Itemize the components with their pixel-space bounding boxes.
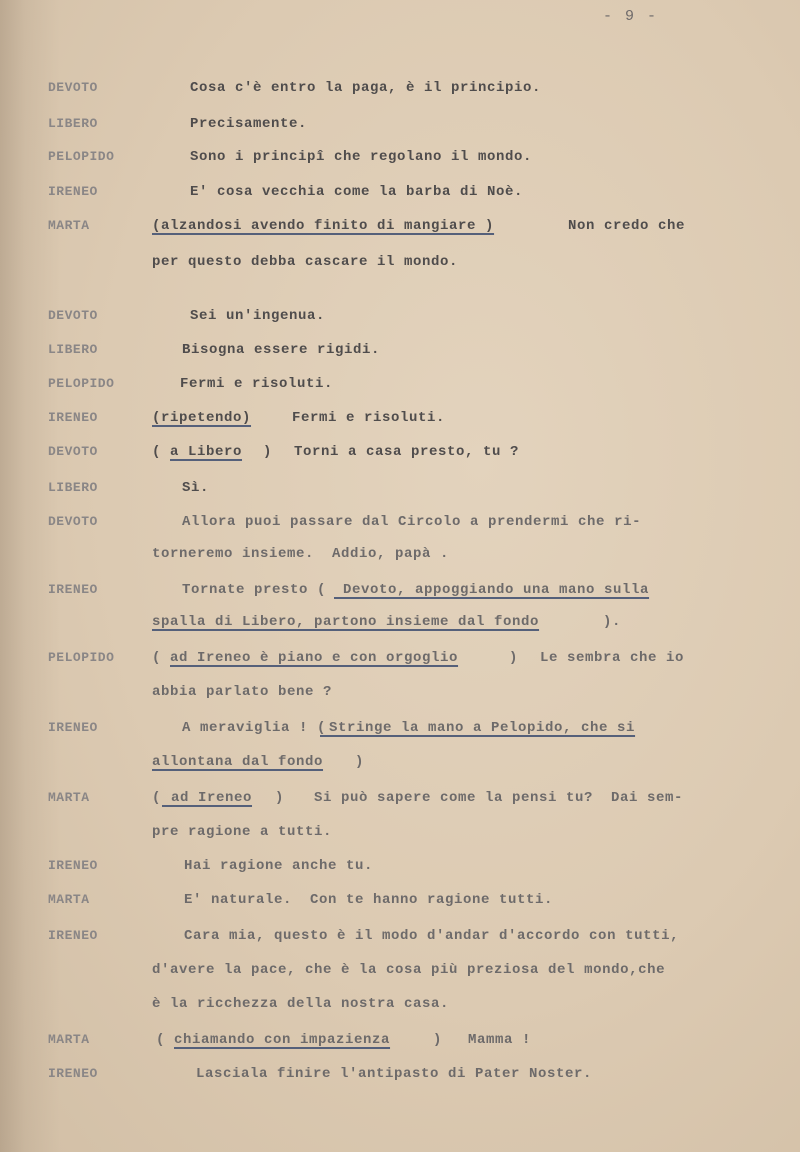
dialogue-line-continuation: d'avere la pace, che è la cosa più prezi… <box>0 962 800 984</box>
dialogue-text: A meraviglia ! ( <box>182 720 326 736</box>
speaker-name: PELOPIDO <box>48 650 114 665</box>
direction-close: ) <box>500 650 518 666</box>
speaker-name: IRENEO <box>48 582 98 597</box>
speaker-name: LIBERO <box>48 342 98 357</box>
stage-direction: chiamando con impazienza <box>174 1032 390 1048</box>
direction-close: ) <box>424 1032 442 1048</box>
dialogue-line: LIBERO Precisamente. <box>0 116 800 138</box>
speaker-name: IRENEO <box>48 1066 98 1081</box>
stage-direction: spalla di Libero, partono insieme dal fo… <box>152 614 539 630</box>
dialogue-line: MARTA ( chiamando con impazienza ) Mamma… <box>0 1032 800 1054</box>
dialogue-text: Le sembra che io <box>540 650 684 666</box>
dialogue-text: Fermi e risoluti. <box>180 376 333 392</box>
dialogue-line: LIBERO Sì. <box>0 480 800 502</box>
dialogue-text: Fermi e risoluti. <box>292 410 445 426</box>
dialogue-line-continuation: spalla di Libero, partono insieme dal fo… <box>0 614 800 636</box>
dialogue-text: Cosa c'è entro la paga, è il principio. <box>190 80 541 96</box>
dialogue-text: abbia parlato bene ? <box>152 684 332 700</box>
dialogue-text: pre ragione a tutti. <box>152 824 332 840</box>
stage-direction: a Libero <box>170 444 242 460</box>
dialogue-text: Tornate presto ( <box>182 582 326 598</box>
dialogue-line-continuation: è la ricchezza della nostra casa. <box>0 996 800 1018</box>
speaker-name: DEVOTO <box>48 444 98 459</box>
dialogue-text: E' naturale. Con te hanno ragione tutti. <box>184 892 553 908</box>
dialogue-text: Sì. <box>182 480 209 496</box>
speaker-name: DEVOTO <box>48 308 98 323</box>
speaker-name: LIBERO <box>48 480 98 495</box>
dialogue-text: per questo debba cascare il mondo. <box>152 254 458 270</box>
speaker-name: MARTA <box>48 790 90 805</box>
direction-open: ( <box>152 444 170 460</box>
dialogue-text: è la ricchezza della nostra casa. <box>152 996 449 1012</box>
dialogue-text: Mamma ! <box>468 1032 531 1048</box>
dialogue-text: Cara mia, questo è il modo d'andar d'acc… <box>184 928 679 944</box>
dialogue-text: Hai ragione anche tu. <box>184 858 373 874</box>
dialogue-line: MARTA ( ad Ireneo ) Si può sapere come l… <box>0 790 800 812</box>
speaker-name: PELOPIDO <box>48 149 114 164</box>
dialogue-line: IRENEO Cara mia, questo è il modo d'anda… <box>0 928 800 950</box>
typewritten-script-page: - 9 - DEVOTO Cosa c'è entro la paga, è i… <box>0 0 800 1152</box>
direction-open: ( <box>156 1032 174 1048</box>
stage-direction: (ripetendo) <box>152 410 251 426</box>
dialogue-text: Si può sapere come la pensi tu? Dai sem- <box>314 790 683 806</box>
dialogue-line: PELOPIDO Sono i principî che regolano il… <box>0 149 800 171</box>
speaker-name: IRENEO <box>48 928 98 943</box>
direction-open: ( <box>152 650 170 666</box>
dialogue-text: Bisogna essere rigidi. <box>182 342 380 358</box>
speaker-name: IRENEO <box>48 410 98 425</box>
dialogue-line: PELOPIDO ( ad Ireneo è piano e con orgog… <box>0 650 800 672</box>
stage-direction: (alzandosi avendo finito di mangiare ) <box>152 218 494 234</box>
dialogue-text: Non credo che <box>568 218 685 234</box>
dialogue-line-continuation: per questo debba cascare il mondo. <box>0 254 800 276</box>
dialogue-line: IRENEO A meraviglia ! ( Stringe la mano … <box>0 720 800 742</box>
dialogue-text: ). <box>594 614 621 630</box>
stage-direction: ad Ireneo è piano e con orgoglio <box>170 650 458 666</box>
dialogue-line: IRENEO E' cosa vecchia come la barba di … <box>0 184 800 206</box>
dialogue-text: ) <box>346 754 364 770</box>
dialogue-text: E' cosa vecchia come la barba di Noè. <box>190 184 523 200</box>
dialogue-line: IRENEO Tornate presto ( Devoto, appoggia… <box>0 582 800 604</box>
stage-direction: Stringe la mano a Pelopido, che si <box>320 720 635 736</box>
direction-close: ) <box>254 444 272 460</box>
direction-close: ) <box>266 790 284 806</box>
dialogue-text: Torni a casa presto, tu ? <box>294 444 519 460</box>
speaker-name: LIBERO <box>48 116 98 131</box>
dialogue-line: PELOPIDO Fermi e risoluti. <box>0 376 800 398</box>
speaker-name: PELOPIDO <box>48 376 114 391</box>
stage-direction: allontana dal fondo <box>152 754 323 770</box>
dialogue-text: Lasciala finire l'antipasto di Pater Nos… <box>196 1066 592 1082</box>
dialogue-line-continuation: abbia parlato bene ? <box>0 684 800 706</box>
dialogue-line: IRENEO Lasciala finire l'antipasto di Pa… <box>0 1066 800 1088</box>
dialogue-line-continuation: pre ragione a tutti. <box>0 824 800 846</box>
dialogue-line: LIBERO Bisogna essere rigidi. <box>0 342 800 364</box>
speaker-name: MARTA <box>48 1032 90 1047</box>
dialogue-text: Allora puoi passare dal Circolo a prende… <box>182 514 641 530</box>
speaker-name: MARTA <box>48 892 90 907</box>
dialogue-line-continuation: allontana dal fondo ) <box>0 754 800 776</box>
stage-direction: Devoto, appoggiando una mano sulla <box>334 582 649 598</box>
direction-open: ( <box>152 790 161 806</box>
speaker-name: IRENEO <box>48 720 98 735</box>
dialogue-line: MARTA (alzandosi avendo finito di mangia… <box>0 218 800 240</box>
speaker-name: DEVOTO <box>48 514 98 529</box>
dialogue-text: Precisamente. <box>190 116 307 132</box>
dialogue-line: DEVOTO Allora puoi passare dal Circolo a… <box>0 514 800 536</box>
dialogue-line: IRENEO (ripetendo) Fermi e risoluti. <box>0 410 800 432</box>
dialogue-text: torneremo insieme. Addio, papà . <box>152 546 449 562</box>
dialogue-line: DEVOTO Sei un'ingenua. <box>0 308 800 330</box>
speaker-name: IRENEO <box>48 184 98 199</box>
speaker-name: MARTA <box>48 218 90 233</box>
speaker-name: DEVOTO <box>48 80 98 95</box>
page-number: - 9 - <box>603 8 658 25</box>
dialogue-line-continuation: torneremo insieme. Addio, papà . <box>0 546 800 568</box>
speaker-name: IRENEO <box>48 858 98 873</box>
dialogue-line: MARTA E' naturale. Con te hanno ragione … <box>0 892 800 914</box>
dialogue-text: Sei un'ingenua. <box>190 308 325 324</box>
dialogue-text: Sono i principî che regolano il mondo. <box>190 149 532 165</box>
dialogue-line: DEVOTO ( a Libero ) Torni a casa presto,… <box>0 444 800 466</box>
dialogue-line: IRENEO Hai ragione anche tu. <box>0 858 800 880</box>
dialogue-line: DEVOTO Cosa c'è entro la paga, è il prin… <box>0 80 800 102</box>
dialogue-text: d'avere la pace, che è la cosa più prezi… <box>152 962 665 978</box>
stage-direction: ad Ireneo <box>162 790 252 806</box>
